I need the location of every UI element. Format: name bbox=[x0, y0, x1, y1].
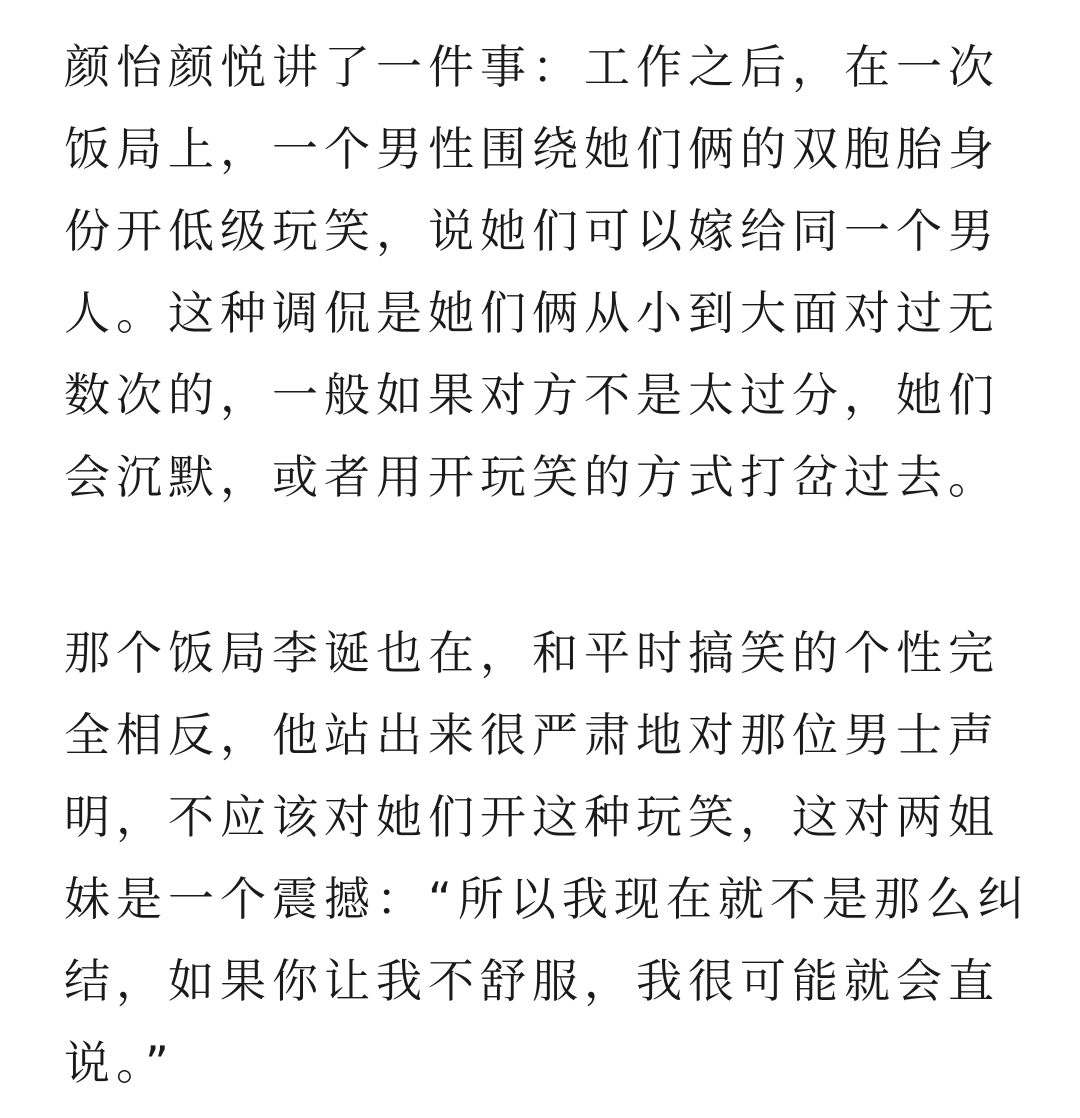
text-line: 明，不应该对她们开这种玩笑，这对两姐 bbox=[64, 776, 1024, 858]
text-line: 那个饭局李诞也在，和平时搞笑的个性完 bbox=[64, 612, 1024, 694]
text-line: 人。这种调侃是她们俩从小到大面对过无 bbox=[64, 272, 1024, 354]
article-page: 颜怡颜悦讲了一件事：工作之后，在一次 饭局上，一个男性围绕她们俩的双胞胎身 份开… bbox=[0, 0, 1080, 1118]
text-line: 会沉默，或者用开玩笑的方式打岔过去。 bbox=[64, 436, 1024, 518]
text-line: 全相反，他站出来很严肃地对那位男士声 bbox=[64, 694, 1024, 776]
text-line: 结，如果你让我不舒服，我很可能就会直 bbox=[64, 940, 1024, 1022]
text-line: 妹是一个震撼：“所以我现在就不是那么纠 bbox=[64, 858, 1024, 940]
paragraph-2: 那个饭局李诞也在，和平时搞笑的个性完 全相反，他站出来很严肃地对那位男士声 明，… bbox=[64, 612, 1024, 1104]
paragraph-1: 颜怡颜悦讲了一件事：工作之后，在一次 饭局上，一个男性围绕她们俩的双胞胎身 份开… bbox=[64, 26, 1024, 518]
text-line: 数次的，一般如果对方不是太过分，她们 bbox=[64, 354, 1024, 436]
text-line: 饭局上，一个男性围绕她们俩的双胞胎身 bbox=[64, 108, 1024, 190]
text-line: 份开低级玩笑，说她们可以嫁给同一个男 bbox=[64, 190, 1024, 272]
text-line: 说。” bbox=[64, 1022, 1024, 1104]
text-line: 颜怡颜悦讲了一件事：工作之后，在一次 bbox=[64, 26, 1024, 108]
